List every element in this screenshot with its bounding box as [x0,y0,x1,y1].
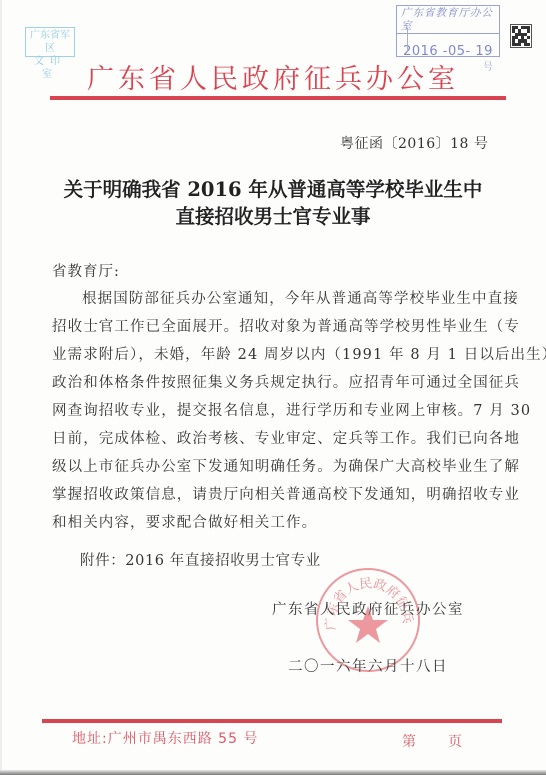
letterhead-rule [50,96,506,100]
receipt-stamp-date: 2016 -05- 19 [397,34,499,59]
document-title: 关于明确我省 2016 年从普通高等学校毕业生中 直接招收男士官专业事 [0,176,546,230]
body-line: 政治和体格条件按照征集义务兵规定执行。应招青年可通过全国征兵 [52,369,498,397]
signer-name: 广东省人民政府征兵办公室 [272,598,464,619]
document-number: 粤征函〔2016〕18 号 [340,133,488,153]
footer-address: 地址:广州市禺东西路 55 号 [72,728,258,748]
body-line: 和相关内容，要求配合做好相关工作。 [52,509,498,537]
body-line: 日前，完成体检、政治考核、专业审定、定兵等工作。我们已向各地 [52,425,498,453]
archive-stamp-line1: 广东省军区 [28,29,72,55]
qr-code-icon [510,24,532,48]
receipt-stamp-header: 广东省教育厅办公室 [397,6,499,34]
document-title-line-2: 直接招收男士官专业事 [0,203,546,230]
body-paragraph: 根据国防部征兵办公室通知，今年从普通高等学校毕业生中直接 招收士官工作已全面展开… [52,285,498,537]
body-line: 网查询招收专业，提交报名信息，进行学历和专业网上审核。7 月 30 [52,397,498,425]
body-line: 招收士官工作已全面展开。招收对象为普通高等学校男性毕业生（专 [52,313,498,341]
archive-stamp: 广东省军区 文印室 [25,27,75,57]
letterhead-title: 广东省人民政府征兵办公室 [0,57,546,96]
signing-date: 二〇一六年六月十八日 [288,655,448,676]
footer-page-label-suffix: 页 [448,731,462,751]
body-line: 业需求附后），未婚，年龄 24 周岁以内（1991 年 8 月 1 日以后出生）… [52,341,498,369]
receipt-stamp-mark [407,28,408,50]
page-edge [0,0,2,775]
attachment-note: 附件：2016 年直接招收男士官专业 [80,549,321,570]
document-page: 广东省军区 文印室 广东省教育厅办公室 2016 -05- 19 号 广东省人民… [0,0,546,775]
document-title-line-1: 关于明确我省 2016 年从普通高等学校毕业生中 [0,176,546,203]
body-line: 掌握招收政策信息，请贵厅向相关普通高校下发通知，明确招收专业 [52,481,498,509]
salutation: 省教育厅: [52,260,120,281]
footer-page-label: 第 [402,731,416,751]
body-line: 根据国防部征兵办公室通知，今年从普通高等学校毕业生中直接 [52,285,498,313]
receipt-stamp: 广东省教育厅办公室 2016 -05- 19 号 [396,5,500,57]
body-line: 级以上市征兵办公室下发通知明确任务。为确保广大高校毕业生了解 [52,453,498,481]
footer-rule [42,719,502,723]
scan-edge-shadow [0,770,546,775]
